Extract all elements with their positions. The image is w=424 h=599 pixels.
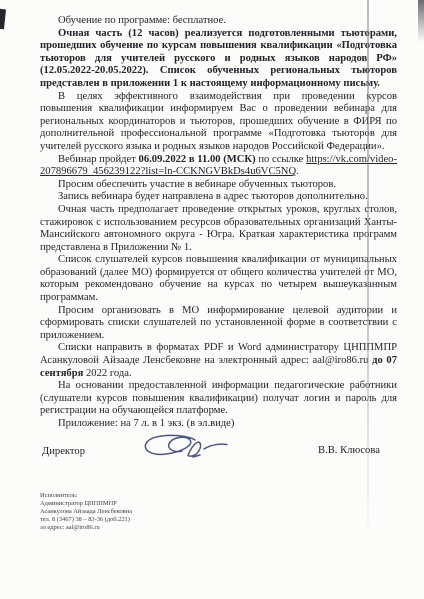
send-lists-lead: Списки направить в форматах PDF и Word а… [40,342,397,366]
paragraph-participation-request: Просим обеспечить участие в вебинаре обу… [40,179,397,192]
webinar-intro-text: Вебинар пройдет [58,154,139,165]
paragraph-onsite-part: Очная часть (12 часов) реализуется подго… [40,28,397,91]
executor-name: Асанкулова Айзаада Ленсбековна [40,508,132,516]
scan-edge-smudge [418,0,424,42]
executor-position: Администратор ЦНППМПР [40,500,132,508]
signature-scribble [138,431,238,467]
paragraph-free-tuition: Обучение по программе: бесплатное. [40,15,397,28]
paragraph-mo-informing: Просим организовать в МО информирование … [40,305,397,343]
paragraph-send-lists: Списки направить в форматах PDF и Word а… [40,342,397,380]
director-label: Директор [42,446,85,457]
paragraph-webinar-datetime-link: Вебинар пройдет 06.09.2022 в 11.00 (МСК)… [40,154,397,179]
paragraph-recording-note: Запись вебинара будет направлена в адрес… [40,191,397,204]
scan-corner-artifact [0,9,6,30]
executor-block: Исполнитель: Администратор ЦНППМПР Асанк… [40,492,132,532]
director-name: В.В. Клюсова [318,445,380,456]
paragraph-webinar-info: В целях эффективного взаимодействия при … [40,91,397,154]
letter-body: Обучение по программе: бесплатное. Очная… [40,15,397,431]
webinar-tail-text: . [296,166,299,177]
paragraph-credentials: На основании предоставленной информации … [40,380,397,418]
executor-title: Исполнитель: [40,492,132,500]
webinar-datetime: 06.09.2022 в 11.00 (МСК) [139,154,256,165]
paragraph-listeners-list: Список слушателей курсов повышения квали… [40,254,397,304]
paragraph-attachment: Приложение: на 7 л. в 1 экз. (в эл.виде) [40,418,397,431]
webinar-mid-text: по ссылке [256,154,306,165]
paragraph-onsite-activities: Очная часть предполагает проведение откр… [40,204,397,254]
scanned-letter-page: Обучение по программе: бесплатное. Очная… [0,0,424,599]
executor-phone: тел. 8 (3467) 38 – 83-36 (доб.221) [40,516,132,524]
send-lists-tail: 2022 года. [83,368,131,379]
executor-email: эл адрес: aal@iro86.ru [40,524,132,532]
